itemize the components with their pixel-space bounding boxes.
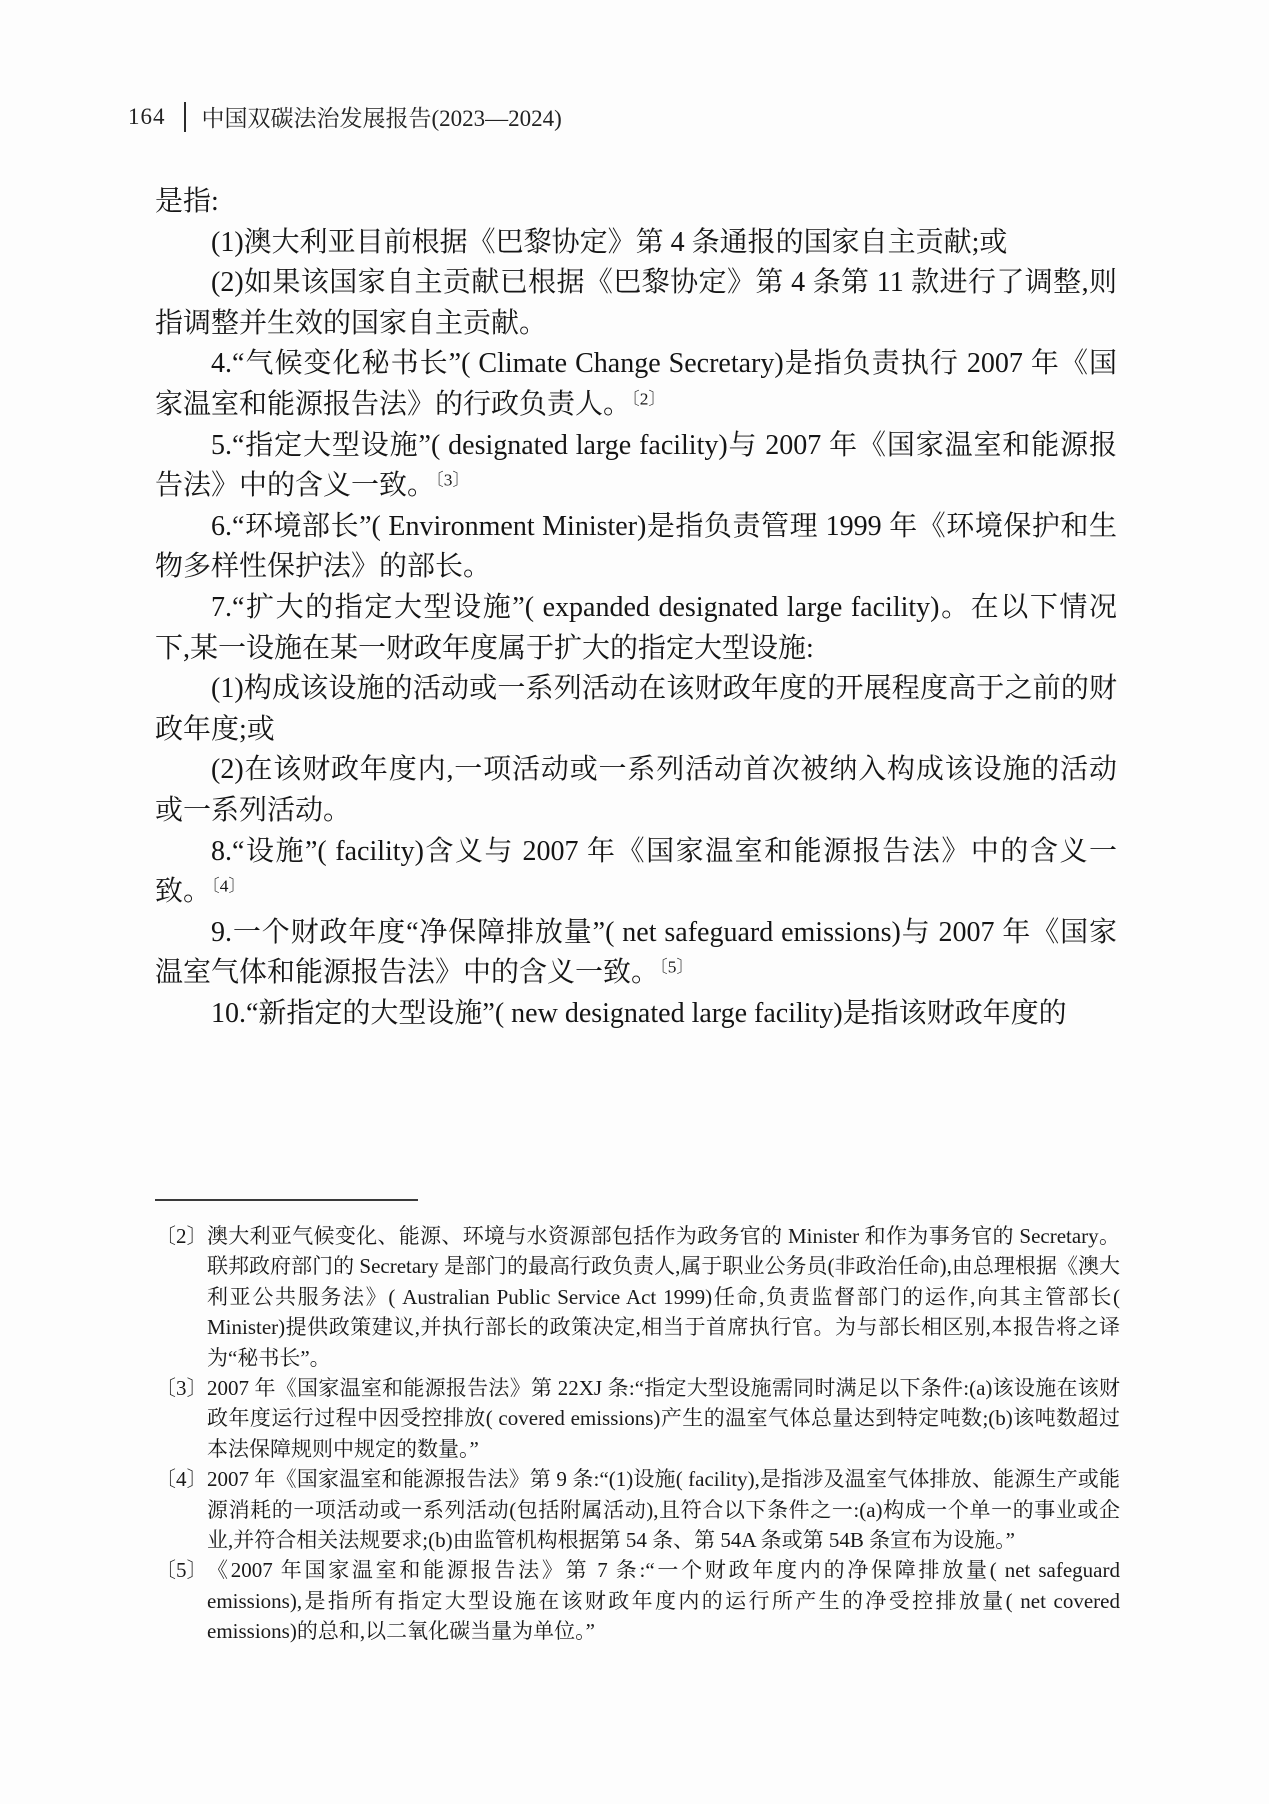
header-divider bbox=[184, 102, 186, 132]
footnotes-list: 〔2〕澳大利亚气候变化、能源、环境与水资源部包括作为政务官的 Minister … bbox=[155, 1221, 1120, 1647]
body-paragraph: 7.“扩大的指定大型设施”( expanded designated large… bbox=[155, 588, 1117, 669]
body-paragraph: 5.“指定大型设施”( designated large facility)与 … bbox=[155, 426, 1117, 507]
footnote-ref: 〔2〕 bbox=[631, 389, 666, 408]
running-header: 164 中国双碳法治发展报告(2023—2024) bbox=[128, 100, 562, 133]
body-paragraph: (1)澳大利亚目前根据《巴黎协定》第 4 条通报的国家自主贡献;或 bbox=[155, 223, 1117, 264]
footnote-ref: 〔3〕 bbox=[435, 470, 470, 489]
body-paragraph: (2)如果该国家自主贡献已根据《巴黎协定》第 4 条第 11 款进行了调整,则指… bbox=[155, 263, 1117, 344]
footnote-item: 〔2〕澳大利亚气候变化、能源、环境与水资源部包括作为政务官的 Minister … bbox=[155, 1221, 1120, 1373]
footnote-text: 澳大利亚气候变化、能源、环境与水资源部包括作为政务官的 Minister 和作为… bbox=[207, 1224, 1120, 1370]
footnote-label: 〔4〕 bbox=[155, 1464, 208, 1494]
footnote-item: 〔5〕《2007 年国家温室和能源报告法》第 7 条:“一个财政年度内的净保障排… bbox=[155, 1555, 1120, 1646]
body-paragraph: 8.“设施”( facility)含义与 2007 年《国家温室和能源报告法》中… bbox=[155, 832, 1117, 913]
book-title: 中国双碳法治发展报告(2023—2024) bbox=[202, 100, 562, 133]
footnote-ref: 〔5〕 bbox=[659, 958, 694, 977]
footnote-text: 《2007 年国家温室和能源报告法》第 7 条:“一个财政年度内的净保障排放量(… bbox=[207, 1558, 1120, 1643]
footnote-item: 〔3〕2007 年《国家温室和能源报告法》第 22XJ 条:“指定大型设施需同时… bbox=[155, 1373, 1120, 1464]
footnote-text: 2007 年《国家温室和能源报告法》第 22XJ 条:“指定大型设施需同时满足以… bbox=[207, 1376, 1120, 1461]
footnote-label: 〔3〕 bbox=[155, 1373, 208, 1403]
body-paragraph: 4.“气候变化秘书长”( Climate Change Secretary)是指… bbox=[155, 344, 1117, 425]
body-paragraph: 9.一个财政年度“净保障排放量”( net safeguard emission… bbox=[155, 913, 1117, 994]
body-paragraph: 是指: bbox=[155, 182, 1117, 223]
footnote-item: 〔4〕2007 年《国家温室和能源报告法》第 9 条:“(1)设施( facil… bbox=[155, 1464, 1120, 1555]
body-paragraph: (1)构成该设施的活动或一系列活动在该财政年度的开展程度高于之前的财政年度;或 bbox=[155, 669, 1117, 750]
body-paragraph: 6.“环境部长”( Environment Minister)是指负责管理 19… bbox=[155, 507, 1117, 588]
footnote-text: 2007 年《国家温室和能源报告法》第 9 条:“(1)设施( facility… bbox=[207, 1467, 1120, 1552]
footnote-separator bbox=[155, 1199, 418, 1201]
page-number: 164 bbox=[128, 104, 166, 130]
footnote-label: 〔5〕 bbox=[155, 1555, 208, 1585]
footnote-ref: 〔4〕 bbox=[211, 876, 246, 895]
body-paragraph: (2)在该财政年度内,一项活动或一系列活动首次被纳入构成该设施的活动或一系列活动… bbox=[155, 750, 1117, 831]
footnote-label: 〔2〕 bbox=[155, 1221, 208, 1251]
book-page: 164 中国双碳法治发展报告(2023—2024) 是指:(1)澳大利亚目前根据… bbox=[0, 0, 1269, 1804]
body-text: 是指:(1)澳大利亚目前根据《巴黎协定》第 4 条通报的国家自主贡献;或(2)如… bbox=[155, 182, 1117, 1034]
body-paragraph: 10.“新指定的大型设施”( new designated large faci… bbox=[155, 994, 1117, 1035]
